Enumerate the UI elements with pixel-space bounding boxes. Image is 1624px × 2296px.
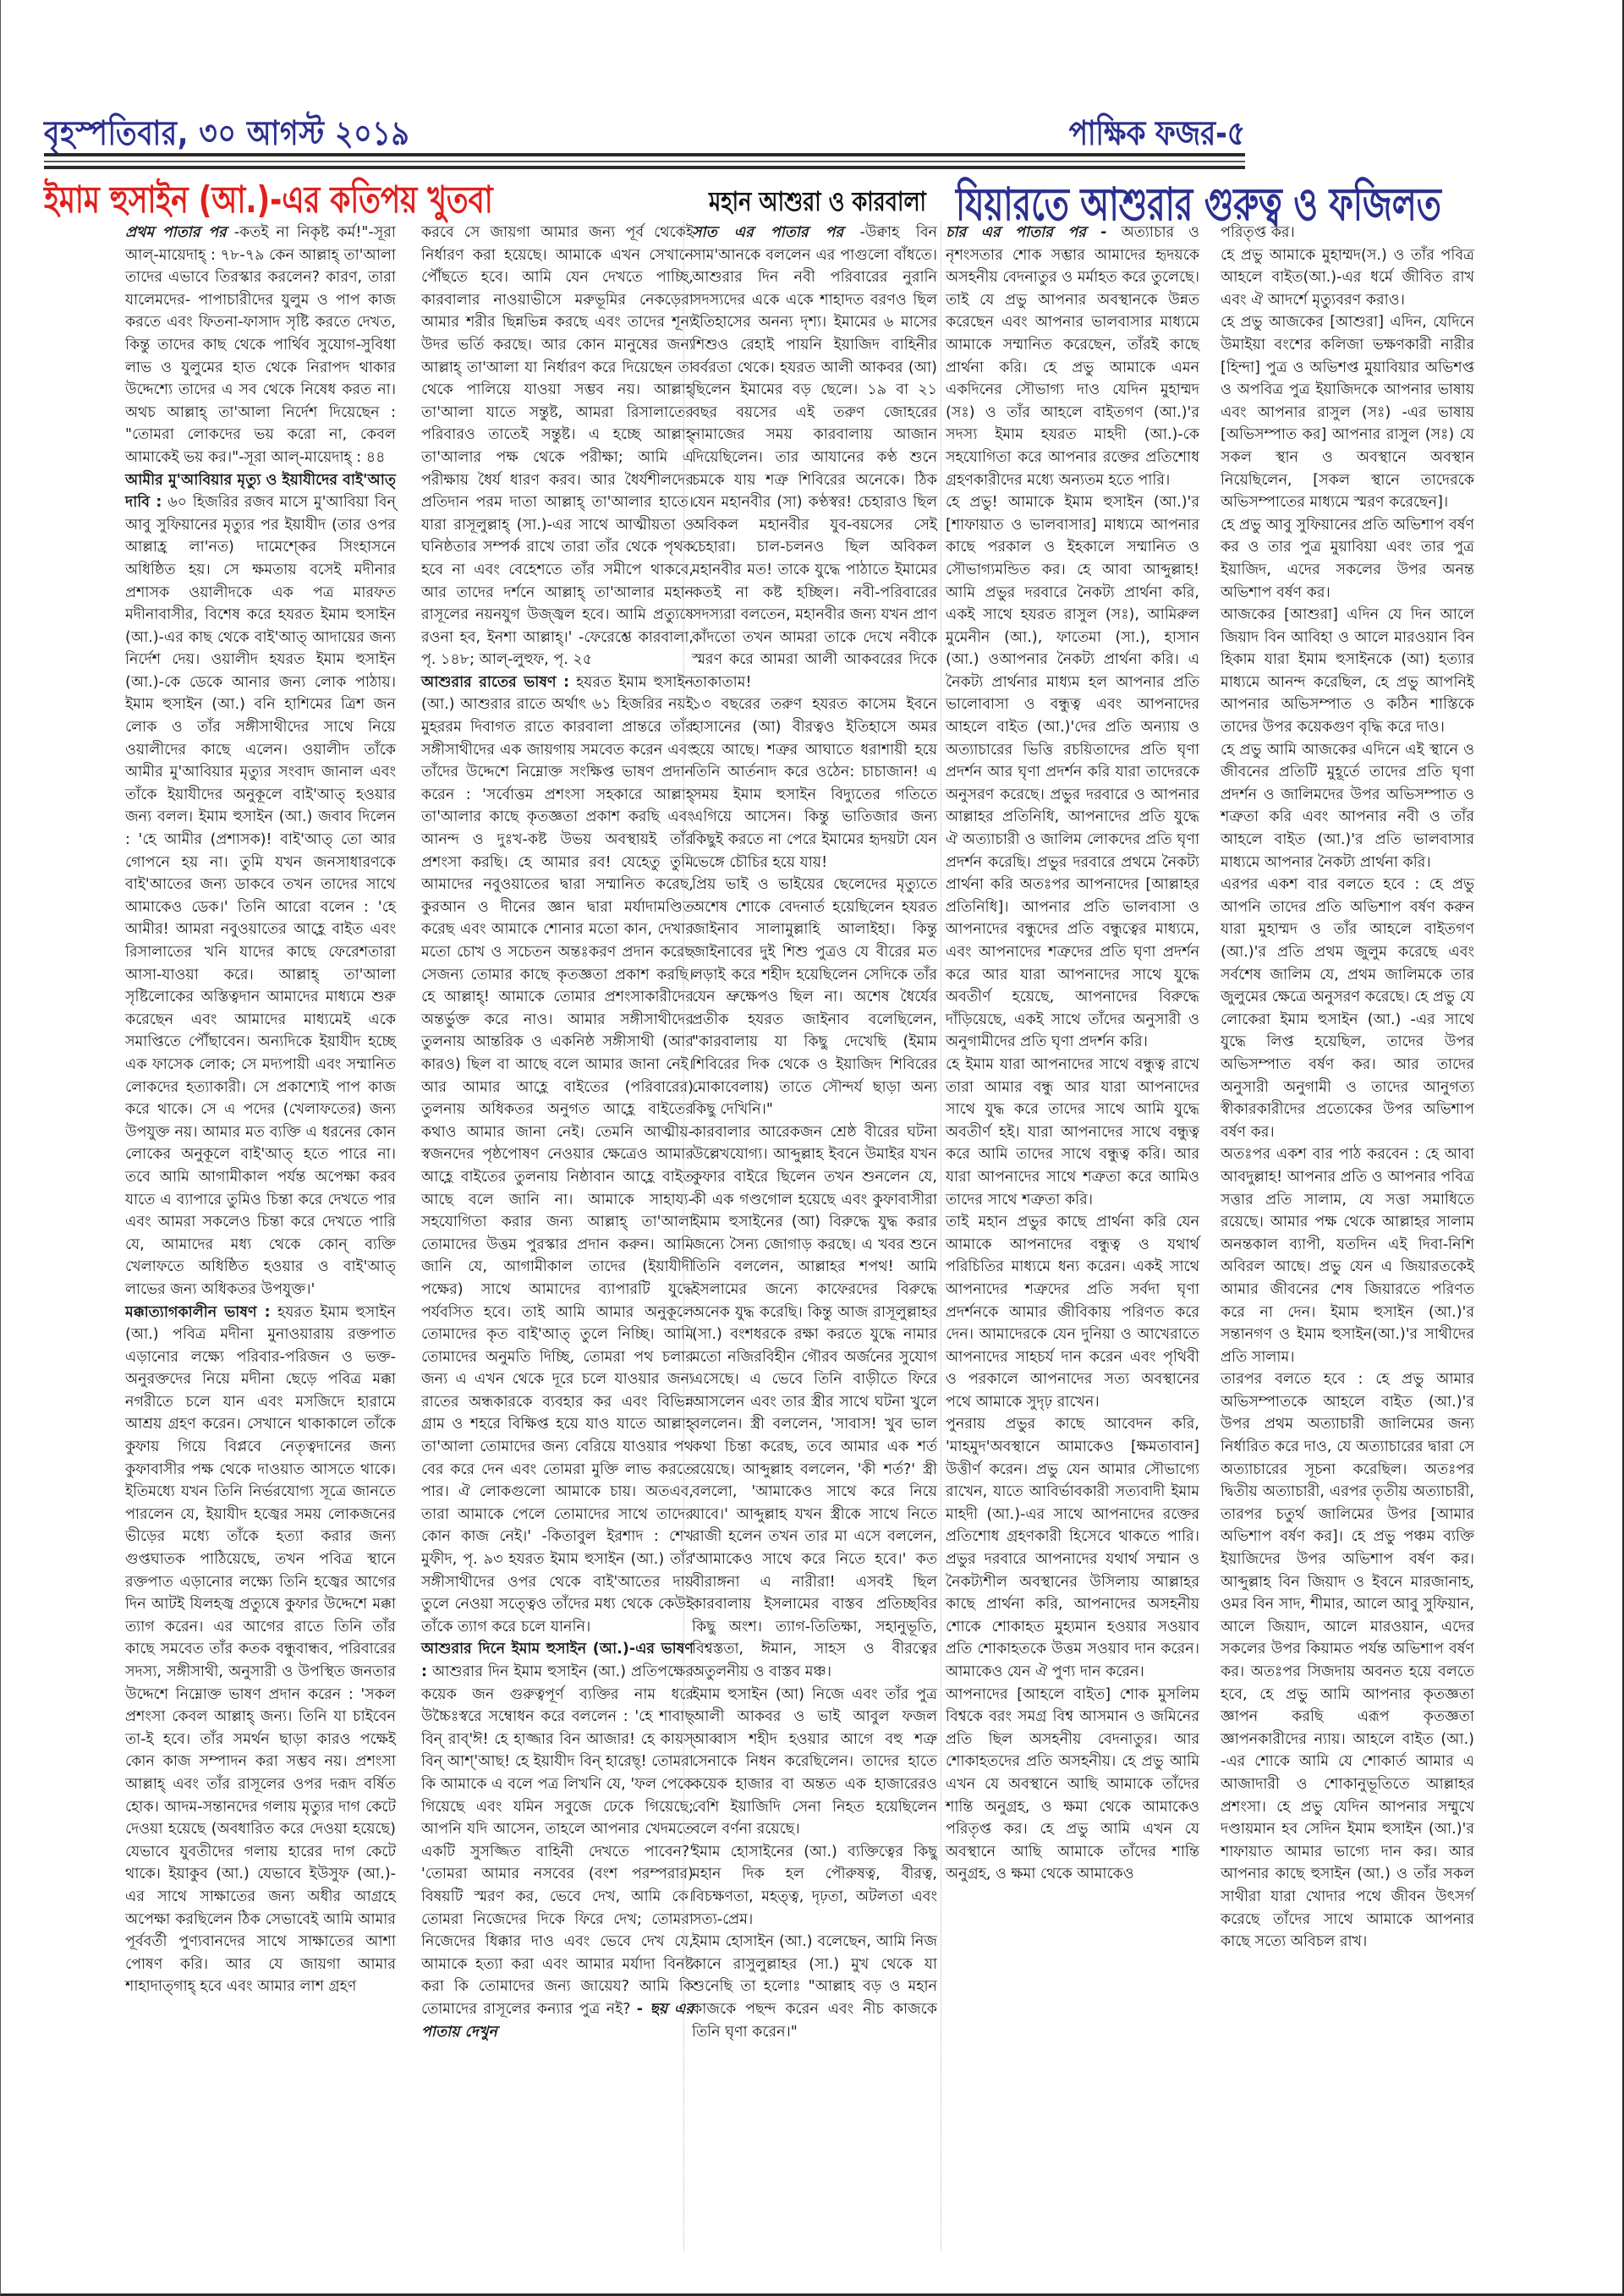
article-paragraph: পরিতৃপ্ত কর।	[1221, 222, 1474, 244]
column-divider	[683, 222, 684, 2251]
article-paragraph: ইমাম হোসাইন (আ.) বলেছেন, আমি নিজ কানে রা…	[692, 1931, 937, 2043]
article-paragraph: করবে সে জায়গা আমার জন্য পূর্ব থেকেই নির…	[421, 222, 694, 671]
article-ziyarat-column-2: পরিতৃপ্ত কর। হে প্রভু আমাকে মুহাম্মদ(স.)…	[1221, 222, 1474, 1954]
article-paragraph: হে প্রভু আবু সুফিয়ানের প্রতি অভিশাপ বর্…	[1221, 514, 1474, 604]
article-paragraph: আজকের [আশুরা] এদিন যে দিন আলে জিয়াদ বিন…	[1221, 604, 1474, 739]
article-khutba-column-2: করবে সে জায়গা আমার জন্য পূর্ব থেকেই নির…	[421, 222, 694, 2043]
article-paragraph: কারবালার আরেকজন শ্রেষ্ঠ বীরের ঘটনা উল্লে…	[692, 1121, 937, 1684]
article-paragraph: অতঃপর একশ বার পাঠ করবেন : হে আবা আবদুল্ল…	[1221, 1143, 1474, 1368]
header-rule	[44, 161, 1245, 162]
headline-ashura-karbala: মহান আশুরা ও কারবালা	[709, 180, 926, 226]
article-khutba-column-1: প্রথম পাতার পর -কতই না নিকৃষ্ট কর্ম!"-সূ…	[125, 222, 396, 1998]
article-paragraph: হে প্রভু আমি আজকের এদিনে এই স্থানে ও জীব…	[1221, 739, 1474, 874]
article-paragraph: হে ইমাম যারা আপনাদের সাথে বন্ধুত্ব রাখে …	[946, 1054, 1199, 1211]
article-paragraph: আশুরার রাতের ভাষণ : হযরত ইমাম হুসাইন (আ.…	[421, 671, 694, 1639]
article-paragraph: প্রথম পাতার পর -কতই না নিকৃষ্ট কর্ম!"-সূ…	[125, 222, 396, 469]
article-paragraph: এরপর একশ বার বলতে হবে : হে প্রভু আপনি তা…	[1221, 874, 1474, 1143]
continued-from-label: চার এর পাতার পর -	[946, 224, 1107, 241]
article-paragraph: আমীর মু'আবিয়ার মৃত্যু ও ইয়াযীদের বাই'আ…	[125, 469, 396, 1301]
article-paragraph: প্রিয় ভাই ও ভাইয়ের ছেলেদের মৃত্যুতে অশ…	[692, 874, 937, 1121]
header-rule	[44, 153, 1245, 156]
subheading: মক্কাত্যাগকালীন ভাষণ :	[125, 1304, 271, 1321]
page-header: বৃহস্পতিবার, ৩০ আগস্ট ২০১৯ পাক্ষিক ফজর-৫	[44, 100, 1245, 151]
article-paragraph: পুনরায় প্রভুর কাছে আবেদন করি, 'মাহমুদ'অ…	[946, 1413, 1199, 1683]
article-paragraph: তাই মহান প্রভুর কাছে প্রার্থনা করি যেন আ…	[946, 1211, 1199, 1413]
article-paragraph: তারপর বলতে হবে : হে প্রভু আমার অভিসম্পাত…	[1221, 1368, 1474, 1953]
article-paragraph: সাত এর পাতার পর -উক্বাহ বিন সাম'আনকে বলল…	[692, 222, 937, 693]
continued-from-label: সাত এর পাতার পর	[692, 224, 843, 241]
article-paragraph: চার এর পাতার পর - অত্যাচার ও নৃশংসতার শো…	[946, 222, 1199, 491]
article-paragraph: মক্কাত্যাগকালীন ভাষণ : হযরত ইমাম হুসাইন …	[125, 1301, 396, 1998]
article-paragraph: ইমাম হোসাইনের (আ.) ব্যক্তিত্বের কিছু মহা…	[692, 1841, 937, 1931]
article-paragraph: ইমাম হুসাইন (আ) নিজে এবং তাঁর পুত্র আলী …	[692, 1684, 937, 1841]
article-paragraph: হে প্রভু আমাকে মুহাম্মদ(স.) ও তাঁর পবিত্…	[1221, 244, 1474, 312]
article-ashura-karbala-column: সাত এর পাতার পর -উক্বাহ বিন সাম'আনকে বলল…	[692, 222, 937, 2043]
continued-from-label: প্রথম পাতার পর	[125, 224, 227, 241]
article-paragraph: ১৩ বছরের তরুণ হযরত কাসেম ইবনে হাসানের (আ…	[692, 693, 937, 874]
article-paragraph: হে প্রভু আজকের [আশুরা] এদিন, যেদিনে উমাই…	[1221, 311, 1474, 513]
article-paragraph: আশুরার দিনে ইমাম হুসাইন (আ.)-এর ভাষণ : আ…	[421, 1638, 694, 2043]
article-paragraph: আপনাদের [আহলে বাইত] শোক মুসলিম বিশ্বকে ব…	[946, 1684, 1199, 1886]
column-divider	[941, 222, 941, 2251]
subheading: আশুরার রাতের ভাষণ :	[421, 674, 569, 691]
article-paragraph: হে প্রভু! আমাকে ইমাম হুসাইন (আ.)'র [শাফা…	[946, 491, 1199, 1054]
article-ziyarat-column-1: চার এর পাতার পর - অত্যাচার ও নৃশংসতার শো…	[946, 222, 1199, 1886]
